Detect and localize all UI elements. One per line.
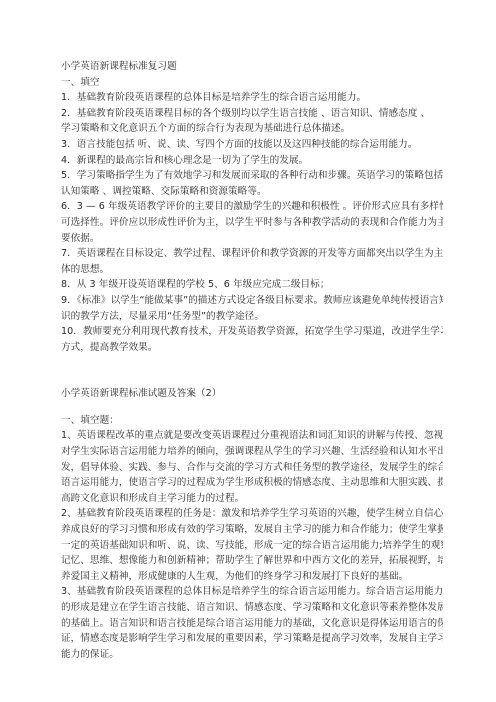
text-line: 学习策略和文化意识五个方面的综合行为表现为基础进行总体描述。 [61, 121, 443, 137]
text-line: 2、基础教育阶段英语课程的任务是：激发和培养学生学习英语的兴趣，使学生树立自信心… [61, 506, 443, 522]
text-line: 能力的保证。 [61, 647, 443, 663]
text-line: 10．教师要充分利用现代教育技术，开发英语教学资源，拓宽学生学习渠道，改进学生学… [61, 324, 443, 340]
text-line: 高跨文化意识和形成自主学习能力的过程。 [61, 491, 443, 507]
text-line: 1、英语课程改革的重点就是要改变英语课程过分重视语法和词汇知识的讲解与传授、忽视 [61, 428, 443, 444]
section-spacer [61, 355, 443, 386]
text-line: 7．英语课程在目标设定、教学过程、课程评价和教学资源的开发等方面都突出以学生为主 [61, 246, 443, 262]
section2-heading: 一、填空题： [61, 413, 443, 429]
text-line: 一定的英语基础知识和听、说、读、写技能，形成一定的综合语言运用能力;培养学生的观… [61, 538, 443, 554]
text-line: 识的教学方法，尽量采用“任务型”的教学途径。 [61, 309, 443, 325]
text-line: 方式，提高教学效果。 [61, 340, 443, 356]
text-line: 6．3 — 6 年级英语教学评价的主要目的激励学生的兴趣和积极性 。评价形式应具… [61, 199, 443, 215]
text-line: 5．学习策略指学生为了有效地学习和发展而采取的各种行动和步骤。英语学习的策略包括 [61, 168, 443, 184]
text-line: 记忆、思维、想像能力和创新精神；帮助学生了解世界和中西方文化的差异，拓展视野，培 [61, 553, 443, 569]
section2-content: 1、英语课程改革的重点就是要改变英语课程过分重视语法和词汇知识的讲解与传授、忽视… [61, 428, 443, 662]
text-line: 对学生实际语言运用能力培养的倾向，强调课程从学生的学习兴趣、生活经验和认知水平出 [61, 444, 443, 460]
text-line: 要依据。 [61, 231, 443, 247]
text-line: 语言运用能力，使语言学习的过程成为学生形成积极的情感态度、主动思维和大胆实践、提 [61, 475, 443, 491]
section2-title: 小学英语新课程标准试题及答案（2） [61, 386, 443, 402]
text-line: 养成良好的学习习惯和形成有效的学习策略，发展自主学习的能力和合作能力；使学生掌握 [61, 522, 443, 538]
text-line: 4．新课程的最高宗旨和核心理念是一切为了学生的发展。 [61, 153, 443, 169]
text-line: 的形成是建立在学生语言技能、语言知识、情感态度、学习策略和文化意识等素养整体发展 [61, 600, 443, 616]
section1-heading: 一、填空 [61, 75, 443, 91]
section1-title: 小学英语新课程标准复习题 [61, 59, 443, 75]
text-line: 的基础上。语言知识和语言技能是综合语言运用能力的基础，文化意识是得体运用语言的保 [61, 616, 443, 632]
text-line: 发，倡导体验、实践、参与、合作与交流的学习方式和任务型的教学途径，发展学生的综合 [61, 460, 443, 476]
text-line: 可选择性。评价应以形成性评价为主，以学生平时参与各种教学活动的表现和合作能力为主 [61, 215, 443, 231]
text-line: 9．《标准》以学生“能做某事”的描述方式设定各级目标要求。教师应该避免单纯传授语… [61, 293, 443, 309]
text-line: 体的思想。 [61, 262, 443, 278]
text-line: 3、基础教育阶段英语课程的总体目标是培养学生的综合语言运用能力。综合语言运用能力 [61, 584, 443, 600]
text-line: 认知策略 、调控策略、交际策略和资源策略等。 [61, 184, 443, 200]
text-line: 养爱国主义精神，形成健康的人生观，为他们的终身学习和发展打下良好的基础。 [61, 569, 443, 585]
document-page: 小学英语新课程标准复习题 一、填空 1．基础教育阶段英语课程的总体目标是培养学生… [0, 0, 496, 702]
text-line: 1．基础教育阶段英语课程的总体目标是培养学生的综合语言运用能力。 [61, 90, 443, 106]
text-line: 2．基础教育阶段英语课程目标的各个级别均以学生语言技能 、语言知识、情感态度 、 [61, 106, 443, 122]
section1-content: 1．基础教育阶段英语课程的总体目标是培养学生的综合语言运用能力。 2．基础教育阶… [61, 90, 443, 355]
text-line: 证，情感态度是影响学生学习和发展的重要因素，学习策略是提高学习效率，发展自主学习 [61, 631, 443, 647]
document-body: 小学英语新课程标准复习题 一、填空 1．基础教育阶段英语课程的总体目标是培养学生… [61, 59, 443, 662]
text-line: 3．语言技能包括 听、说、读、写四个方面的技能以及这四种技能的综合运用能力。 [61, 137, 443, 153]
title-spacer [61, 402, 443, 413]
text-line: 8．从 3 年级开设英语课程的学校 5、6 年级应完成二级目标； [61, 277, 443, 293]
